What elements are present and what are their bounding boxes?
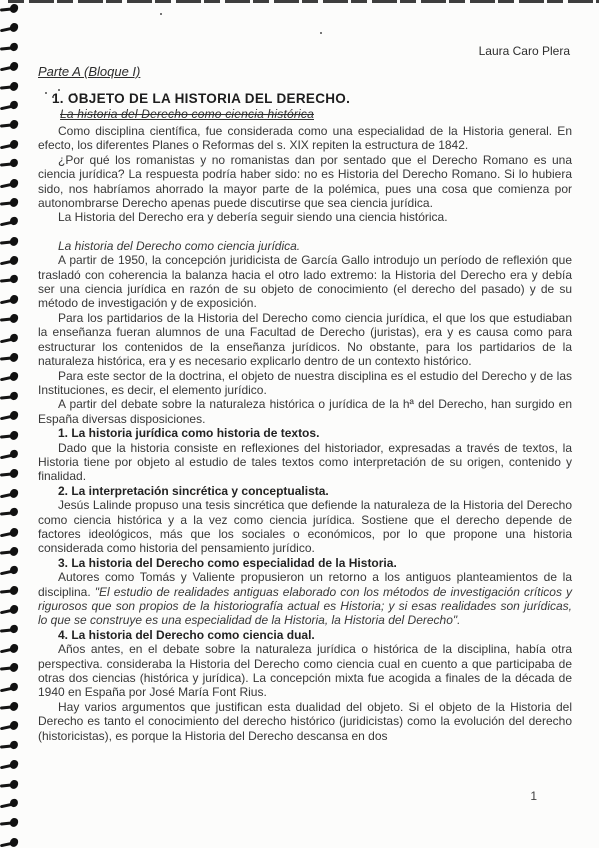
paragraph: Para los partidarios de la Historia del … — [38, 311, 572, 369]
spiral-ring-icon — [0, 140, 22, 150]
spiral-ring-icon — [0, 101, 22, 111]
paragraph-with-quote: Autores como Tomás y Valiente propusiero… — [38, 570, 572, 628]
spiral-ring-icon — [0, 508, 22, 518]
spiral-ring-icon — [0, 62, 22, 72]
spiral-ring-icon — [0, 256, 22, 266]
spiral-ring-icon — [0, 799, 22, 809]
paragraph: Jesús Lalinde propuso una tesis sincréti… — [38, 498, 572, 556]
spiral-ring-icon — [0, 663, 22, 673]
struck-subtitle: La historia del Derecho como ciencia his… — [60, 107, 572, 121]
scanned-page: Laura Caro Plera Parte A (Bloque I) 1. O… — [0, 0, 599, 848]
spiral-ring-icon — [0, 82, 22, 92]
spiral-ring-icon — [0, 314, 22, 324]
spiral-ring-icon — [0, 818, 22, 828]
spiral-ring-icon — [0, 605, 22, 615]
page-title: 1. OBJETO DE LA HISTORIA DEL DERECHO. — [52, 91, 572, 106]
paragraph: La Historia del Derecho era y debería se… — [38, 210, 572, 224]
spiral-ring-icon — [0, 683, 22, 693]
author-name: Laura Caro Plera — [38, 44, 570, 58]
quote-text: "El estudio de realidades antiguas elabo… — [38, 585, 572, 628]
scan-speck — [160, 13, 162, 15]
spiral-ring-icon — [0, 392, 22, 402]
paragraph: Dado que la historia consiste en reflexi… — [38, 441, 572, 484]
scan-top-edge-artifact — [8, 0, 599, 3]
paragraph: Años antes, en el debate sobre la natura… — [38, 642, 572, 700]
scan-speck — [320, 32, 322, 34]
spiral-ring-icon — [0, 411, 22, 421]
spiral-ring-icon — [0, 702, 22, 712]
spiral-ring-icon — [0, 566, 22, 576]
spiral-ring-icon — [0, 179, 22, 189]
subheading-ciencia-juridica: La historia del Derecho como ciencia jur… — [38, 239, 572, 253]
page-number: 1 — [530, 789, 537, 803]
spiral-ring-icon — [0, 644, 22, 654]
spiral-ring-icon — [0, 625, 22, 635]
spiral-ring-icon — [0, 23, 22, 33]
paragraph: A partir del debate sobre la naturaleza … — [38, 397, 572, 426]
numbered-heading-2: 2. La interpretación sincrética y concep… — [38, 484, 572, 498]
spiral-ring-icon — [0, 760, 22, 770]
spiral-ring-icon — [0, 159, 22, 169]
spiral-ring-icon — [0, 353, 22, 363]
spiral-ring-icon — [0, 198, 22, 208]
spiral-ring-icon — [0, 586, 22, 596]
spiral-ring-icon — [0, 469, 22, 479]
paragraph: ¿Por qué los romanistas y no romanistas … — [38, 153, 572, 211]
spiral-ring-icon — [0, 4, 22, 14]
paragraph: Como disciplina científica, fue consider… — [38, 124, 572, 153]
numbered-heading-3: 3. La historia del Derecho como especial… — [38, 556, 572, 570]
spiral-ring-icon — [0, 547, 22, 557]
spiral-ring-icon — [0, 741, 22, 751]
paragraph: A partir de 1950, la concepción juridici… — [38, 253, 572, 311]
spiral-ring-icon — [0, 528, 22, 538]
spiral-ring-icon — [0, 450, 22, 460]
spiral-ring-icon — [0, 237, 22, 247]
spiral-ring-icon — [0, 431, 22, 441]
spiral-ring-icon — [0, 372, 22, 382]
spiral-binding — [0, 4, 24, 848]
spiral-ring-icon — [0, 43, 22, 53]
paragraph: Hay varios argumentos que justifican est… — [38, 700, 572, 743]
body-text: Como disciplina científica, fue consider… — [38, 124, 572, 743]
paragraph: Para este sector de la doctrina, el obje… — [38, 369, 572, 398]
spiral-ring-icon — [0, 295, 22, 305]
spiral-ring-icon — [0, 275, 22, 285]
numbered-heading-1: 1. La historia jurídica como historia de… — [38, 426, 572, 440]
spiral-ring-icon — [0, 489, 22, 499]
spiral-ring-icon — [0, 780, 22, 790]
spiral-ring-icon — [0, 120, 22, 130]
document-content: Laura Caro Plera Parte A (Bloque I) 1. O… — [38, 44, 572, 743]
spiral-ring-icon — [0, 334, 22, 344]
section-label: Parte A (Bloque I) — [38, 64, 572, 79]
spiral-ring-icon — [0, 838, 22, 848]
numbered-heading-4: 4. La historia del Derecho como ciencia … — [38, 628, 572, 642]
spiral-ring-icon — [0, 721, 22, 731]
spiral-ring-icon — [0, 217, 22, 227]
